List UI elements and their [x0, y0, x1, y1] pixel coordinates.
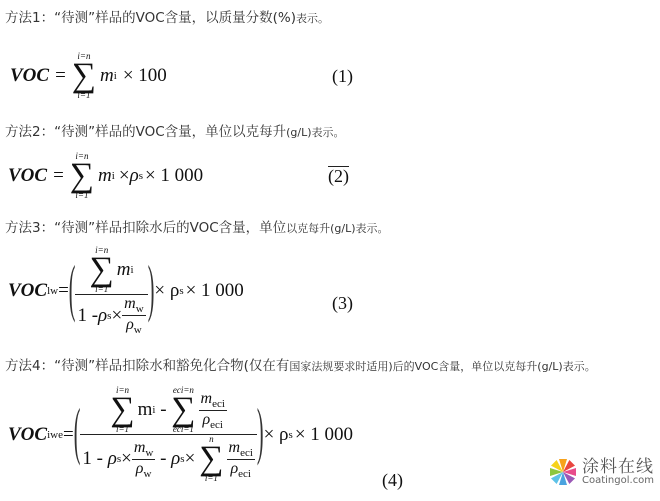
left-paren-icon: (: [69, 254, 76, 328]
formula-1: VOC = i=n ∑ i=1 mi × 100: [10, 52, 167, 100]
exempt-fraction: meci ρeci: [227, 439, 255, 480]
water-mass-sub: w: [145, 447, 153, 459]
sum-lower: i=1: [116, 425, 129, 434]
summation-icon: i=n ∑ i=1: [90, 246, 114, 294]
caption-text: 方法3：“待测”样品扣除水后的VOC含量，单位: [5, 220, 286, 236]
voc-symbol: VOC: [10, 65, 49, 87]
water-fraction: mw ρw: [132, 439, 156, 480]
sum-lower: eci=1: [173, 425, 194, 434]
sum-lower: i=1: [77, 91, 90, 100]
sum-lower: i=1: [205, 474, 218, 483]
voc-symbol: VOC: [8, 165, 47, 187]
summation-icon: n ∑ i=1: [199, 435, 223, 483]
sum-lower: i=1: [75, 191, 88, 200]
one-minus: 1 -: [82, 448, 107, 470]
equation-number-2: (2): [328, 166, 349, 185]
exempt-density: ρ: [202, 411, 210, 428]
fraction: i=n ∑ i=1 mi - eci=n ∑ eci=1 meci ρeci 1…: [80, 386, 257, 483]
density-symbol: ρ: [108, 448, 117, 470]
method-3-caption: 方法3：“待测”样品扣除水后的VOC含量，单位以克每升(g/L)表示。: [5, 216, 389, 236]
exempt-density-sub: eci: [238, 468, 251, 480]
caption-small-text: 国家法规要求时适用)后的VOC含量，单位以克每升(g/L)表示。: [289, 360, 595, 373]
equation-number-4: (4): [382, 470, 403, 491]
formula-4: VOCiwe = ( i=n ∑ i=1 mi - eci=n ∑ eci=1 …: [8, 386, 353, 483]
density-sub: s: [139, 170, 143, 182]
minus: -: [155, 448, 171, 470]
multiplier: × 1 000: [186, 280, 244, 302]
voc-symbol: VOC: [8, 280, 47, 302]
pinwheel-logo-icon: [548, 457, 578, 487]
method-4-caption: 方法4：“待测”样品扣除水和豁免化合物(仅在有国家法规要求时适用)后的VOC含量…: [5, 354, 596, 374]
water-density: ρ: [126, 316, 134, 333]
caption-small-text: (g/L)表示。: [286, 126, 344, 139]
times-symbol: ×: [185, 448, 196, 470]
exempt-mass-sub: eci: [212, 398, 225, 410]
right-paren-icon: ): [257, 398, 264, 472]
multiplier: × 1 000: [145, 165, 203, 187]
equation-number-1: (1): [332, 66, 353, 87]
caption-small-text: 表示。: [296, 12, 329, 25]
exempt-mass: m: [229, 439, 241, 456]
mass-symbol: m: [117, 259, 131, 281]
caption-text: 方法1：“待测”样品的VOC含量，以质量分数(%): [5, 10, 296, 26]
numerator: i=n ∑ i=1 mi: [88, 246, 136, 294]
coatingol-watermark: 涂料在线 Coatingol.com: [548, 457, 654, 487]
summation-icon: i=n ∑ i=1: [70, 152, 94, 200]
formula-3: VOClw = ( i=n ∑ i=1 mi 1 - ρs × mw ρw ) …: [8, 246, 244, 336]
density-symbol: ρ: [130, 165, 139, 187]
water-fraction: mw ρw: [122, 295, 146, 336]
exempt-mass: m: [201, 390, 213, 407]
mass-symbol: m: [138, 399, 153, 421]
caption-small-text: 以克每升(g/L)表示。: [286, 222, 388, 235]
mass-symbol: m: [100, 65, 114, 87]
density-symbol: ρ: [98, 305, 107, 327]
caption-text: 方法4：“待测”样品扣除水和豁免化合物(仅在有: [5, 358, 289, 374]
minus: -: [155, 399, 171, 421]
voc-sub: iwe: [47, 429, 63, 441]
mass-symbol: m: [98, 165, 112, 187]
sum-lower: i=1: [95, 285, 108, 294]
times-symbol: ×: [119, 165, 130, 187]
logo-chinese-text: 涂料在线: [582, 459, 654, 476]
density-sub: s: [179, 285, 183, 297]
method-2-caption: 方法2：“待测”样品的VOC含量，单位以克每升(g/L)表示。: [5, 120, 345, 140]
numerator: i=n ∑ i=1 mi - eci=n ∑ eci=1 meci ρeci: [108, 386, 229, 434]
summation-icon: i=n ∑ i=1: [72, 52, 96, 100]
times-symbol: ×: [121, 448, 132, 470]
one-minus: 1 -: [77, 305, 98, 327]
mass-sub: i: [112, 170, 115, 182]
denominator: 1 - ρs × mw ρw - ρs × n ∑ i=1 meci ρeci: [80, 435, 257, 483]
voc-sub: lw: [47, 285, 58, 297]
summation-icon: i=n ∑ i=1: [110, 386, 134, 434]
formula-2: VOC = i=n ∑ i=1 mi × ρs × 1 000: [8, 152, 203, 200]
times-density: × ρ: [154, 280, 179, 302]
times-symbol: ×: [111, 305, 122, 327]
mass-sub: i: [114, 70, 117, 82]
denominator: 1 - ρs × mw ρw: [75, 295, 147, 336]
water-mass: m: [124, 295, 136, 312]
voc-symbol: VOC: [8, 424, 47, 446]
fraction: i=n ∑ i=1 mi 1 - ρs × mw ρw: [75, 246, 147, 336]
density-sub: s: [289, 429, 293, 441]
exempt-mass-sub: eci: [240, 447, 253, 459]
exempt-density-sub: eci: [210, 419, 223, 431]
water-mass: m: [134, 439, 146, 456]
mass-sub: i: [131, 264, 134, 276]
right-paren-icon: ): [148, 254, 155, 328]
density-symbol: ρ: [171, 448, 180, 470]
caption-text: 方法2：“待测”样品的VOC含量，单位以克每升: [5, 124, 286, 140]
water-density-sub: w: [134, 324, 142, 336]
exempt-density: ρ: [230, 460, 238, 477]
multiplier: × 100: [123, 65, 167, 87]
water-mass-sub: w: [136, 303, 144, 315]
multiplier: × 1 000: [295, 424, 353, 446]
method-1-caption: 方法1：“待测”样品的VOC含量，以质量分数(%)表示。: [5, 6, 329, 26]
times-density: × ρ: [264, 424, 289, 446]
logo-english-text: Coatingol.com: [582, 476, 654, 486]
exempt-fraction: meci ρeci: [199, 390, 227, 431]
left-paren-icon: (: [74, 398, 81, 472]
water-density-sub: w: [143, 468, 151, 480]
equation-number-3: (3): [332, 293, 353, 314]
summation-icon: eci=n ∑ eci=1: [171, 386, 195, 434]
